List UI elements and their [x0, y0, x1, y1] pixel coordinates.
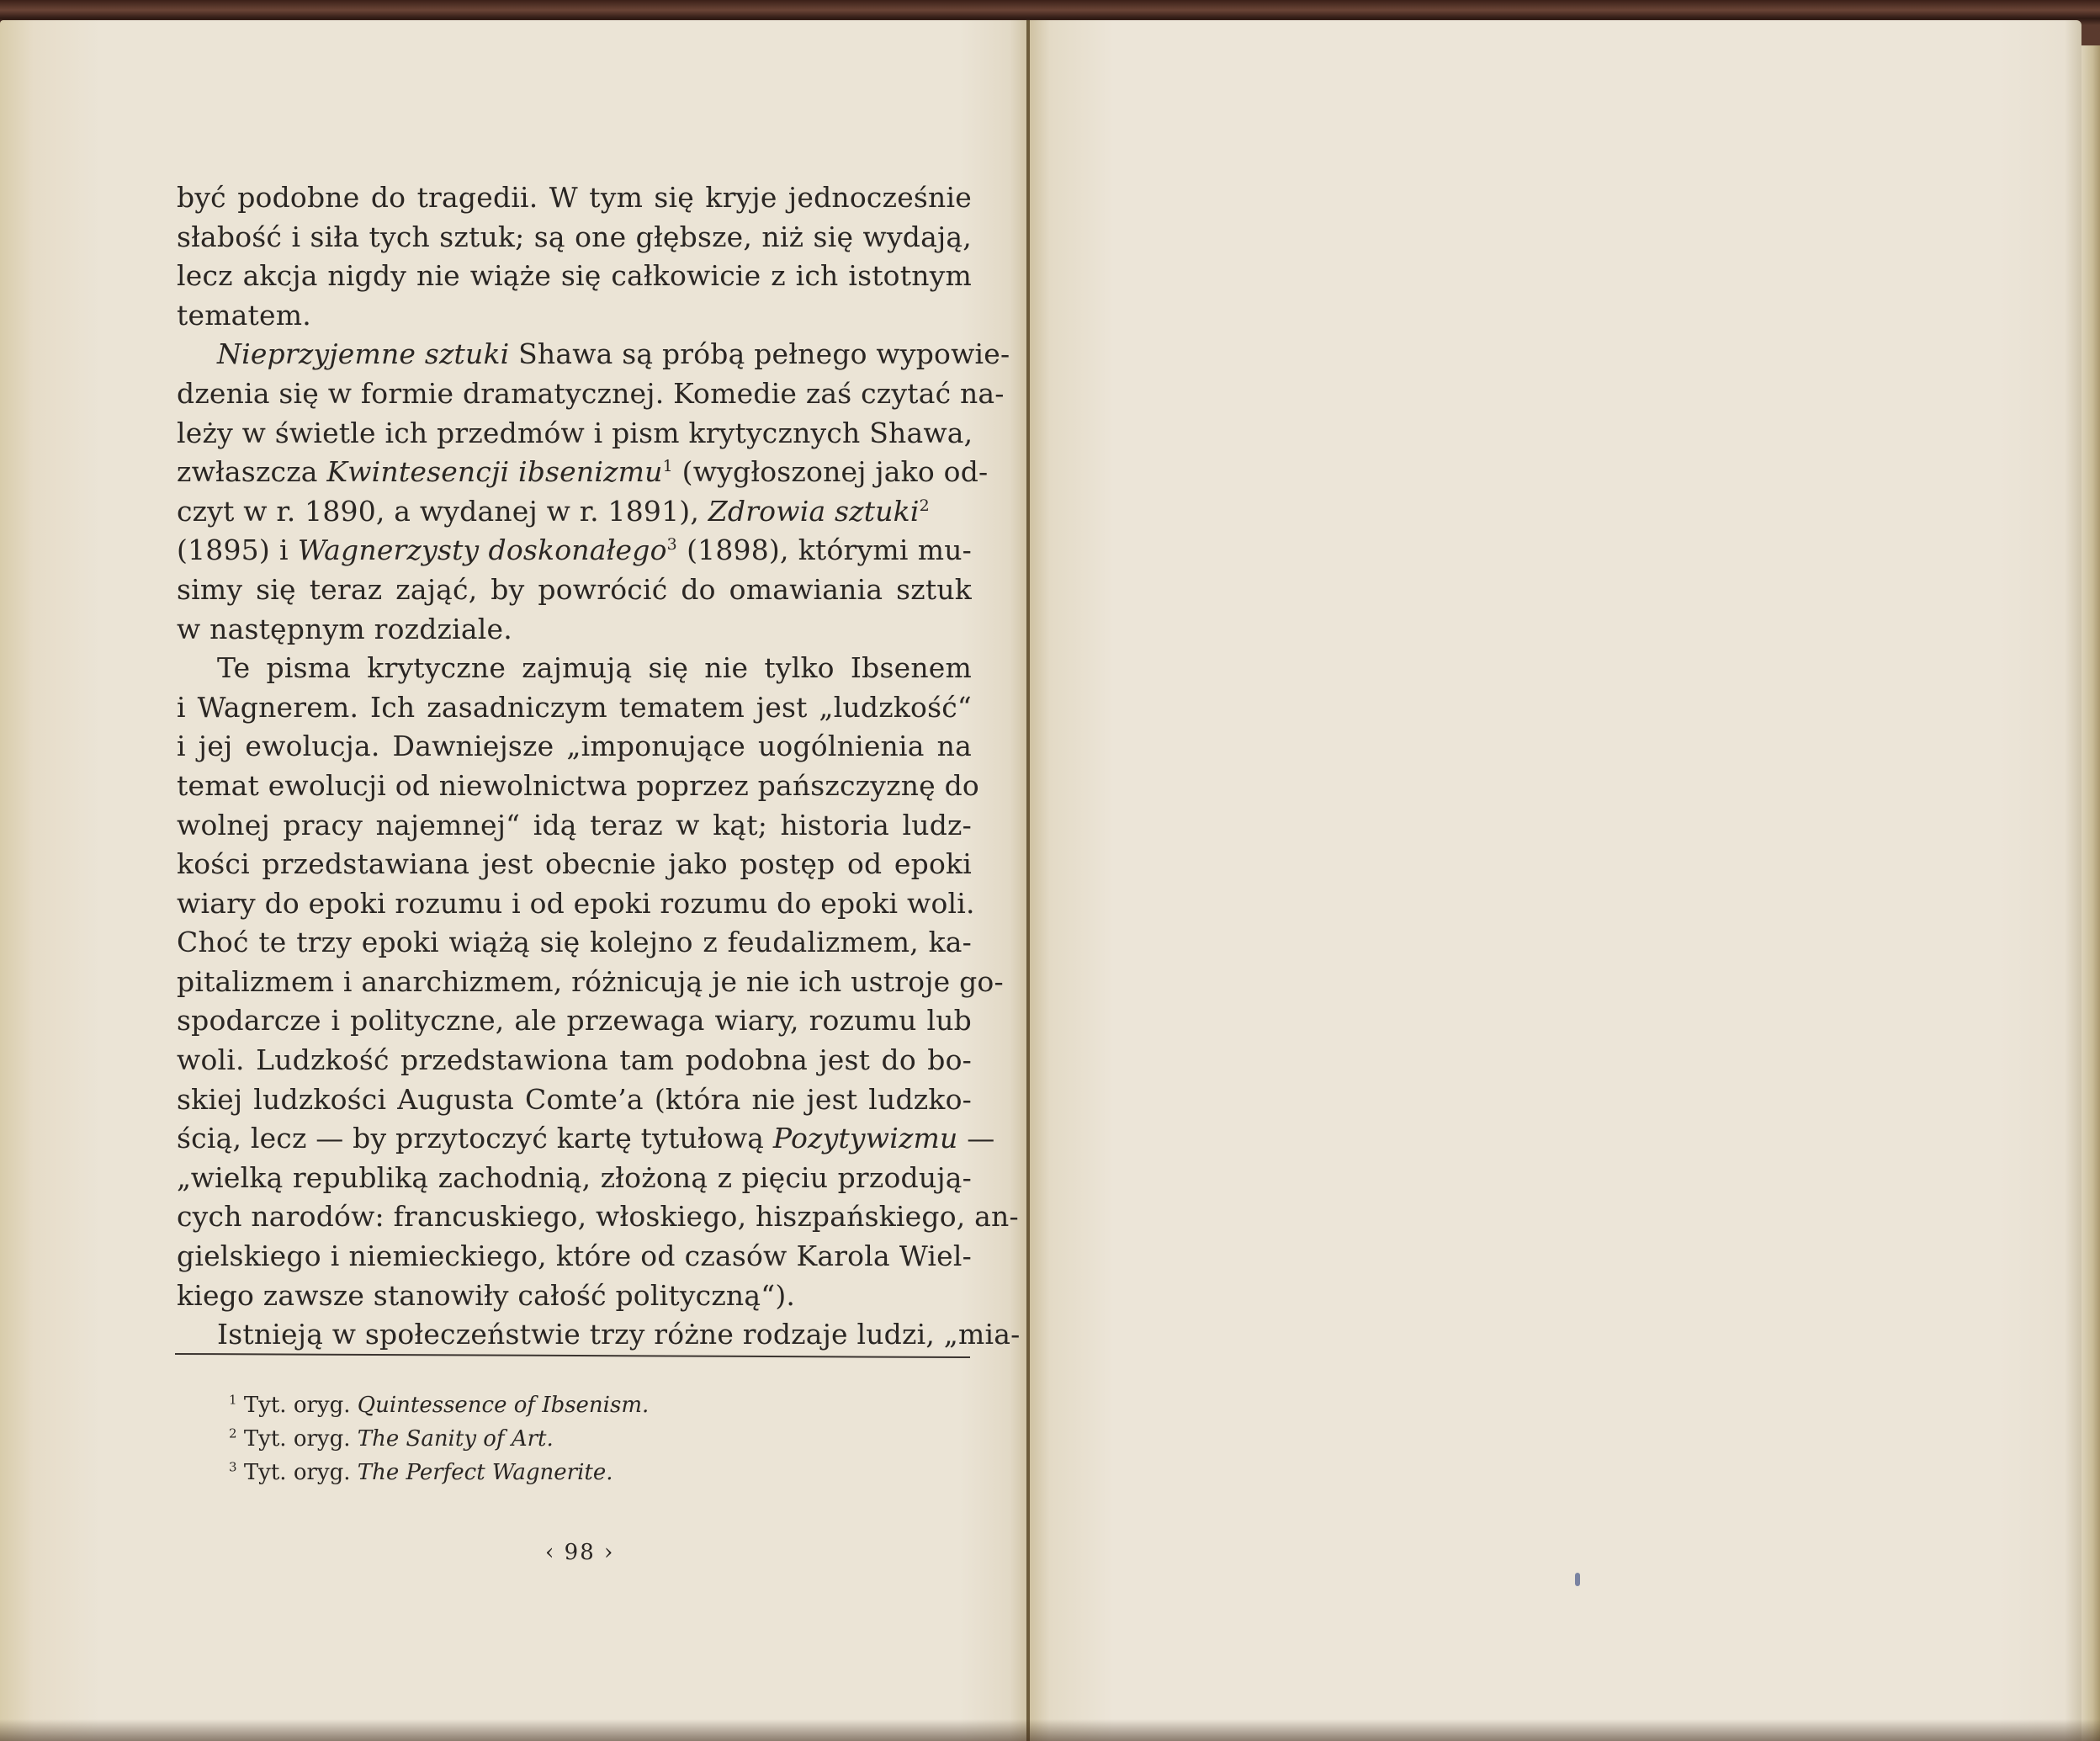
text-line: lecz akcja nigdy nie wiąże się całkowici…: [177, 257, 972, 296]
text-segment: cych narodów: francuskiego, włoskiego, h…: [177, 1200, 1019, 1233]
text-segment: w następnym rozdziale.: [177, 613, 512, 645]
footnote-original-title: The Perfect Wagnerite.: [358, 1460, 613, 1485]
italic-title: Pozytywizmu: [773, 1122, 958, 1154]
text-line: ścią, lecz — by przytoczyć kartę tytułow…: [177, 1119, 972, 1159]
left-page-footnotes: 1 Tyt. oryg. Quintessence of Ibsenism.2 …: [229, 1388, 649, 1489]
text-line: Nieprzyjemne sztuki Shawa są próbą pełne…: [177, 335, 972, 374]
text-line: tematem.: [177, 296, 972, 336]
text-segment: kiego zawsze stanowiły całość polityczną…: [177, 1279, 795, 1312]
page-number-left: ‹ 98 ›: [545, 1540, 614, 1565]
text-line: dzenia się w formie dramatycznej. Komedi…: [177, 374, 972, 414]
footnote-label: Tyt. oryg.: [244, 1393, 358, 1418]
left-page: być podobne do tragedii. W tym się kryje…: [0, 20, 1028, 1741]
text-line: i jej ewolucja. Dawniejsze „imponujące u…: [177, 727, 972, 767]
text-line: czyt w r. 1890, a wydanej w r. 1891), Zd…: [177, 492, 972, 532]
text-line: leży w świetle ich przedmów i pism kryty…: [177, 414, 972, 454]
footnote-reference[interactable]: 3: [667, 535, 677, 554]
text-segment: być podobne do tragedii. W tym się kryje…: [177, 181, 972, 214]
book-bottom-shadow: [0, 1719, 2100, 1741]
text-segment: Shawa są próbą pełnego wypowie-: [509, 337, 1010, 370]
text-line: Choć te trzy epoki wiążą się kolejno z f…: [177, 923, 972, 963]
text-line: simy się teraz zająć, by powrócić do oma…: [177, 571, 972, 610]
text-segment: (wygłoszonej jako od-: [673, 455, 988, 488]
text-segment: —: [958, 1122, 995, 1154]
text-line: gielskiego i niemieckiego, które od czas…: [177, 1237, 972, 1277]
text-segment: tematem.: [177, 299, 311, 332]
text-segment: Te pisma krytyczne zajmują się nie tylko…: [217, 651, 972, 684]
text-line: skiej ludzkości Augusta Comte’a (która n…: [177, 1080, 972, 1120]
footnote: 3 Tyt. oryg. The Perfect Wagnerite.: [229, 1456, 649, 1489]
text-line: zwłaszcza Kwintesencji ibsenizmu1 (wygło…: [177, 453, 972, 492]
left-page-body: być podobne do tragedii. W tym się kryje…: [177, 178, 972, 1355]
text-segment: zwłaszcza: [177, 455, 326, 488]
text-line: wolnej pracy najemnej“ idą teraz w kąt; …: [177, 806, 972, 846]
text-line: „wielką republiką zachodnią, złożoną z p…: [177, 1159, 972, 1198]
text-segment: simy się teraz zająć, by powrócić do oma…: [177, 573, 972, 606]
text-line: pitalizmem i anarchizmem, różnicują je n…: [177, 963, 972, 1002]
text-segment: (1898), którymi mu-: [677, 533, 972, 566]
ink-mark: [1575, 1573, 1580, 1586]
text-line: temat ewolucji od niewolnictwa poprzez p…: [177, 767, 972, 806]
text-line: i Wagnerem. Ich zasadniczym tematem jest…: [177, 688, 972, 728]
text-segment: czyt w r. 1890, a wydanej w r. 1891),: [177, 495, 708, 528]
text-segment: Istnieją w społeczeństwie trzy różne rod…: [217, 1318, 1020, 1351]
footnote-number: 3: [229, 1459, 237, 1474]
text-segment: lecz akcja nigdy nie wiąże się całkowici…: [177, 259, 972, 292]
text-segment: dzenia się w formie dramatycznej. Komedi…: [177, 377, 1005, 410]
text-line: wiary do epoki rozumu i od epoki rozumu …: [177, 884, 972, 924]
text-segment: i jej ewolucja. Dawniejsze „imponujące u…: [177, 730, 972, 762]
footnote-number: 2: [229, 1425, 237, 1441]
footnote-label: Tyt. oryg.: [244, 1426, 358, 1452]
italic-title: Zdrowia sztuki: [708, 495, 920, 528]
footnote-reference[interactable]: 2: [920, 496, 930, 515]
text-segment: gielskiego i niemieckiego, które od czas…: [177, 1239, 972, 1272]
text-line: Te pisma krytyczne zajmują się nie tylko…: [177, 649, 972, 688]
text-line: woli. Ludzkość przedstawiona tam podobna…: [177, 1041, 972, 1080]
footnote: 2 Tyt. oryg. The Sanity of Art.: [229, 1422, 649, 1456]
text-segment: Choć te trzy epoki wiążą się kolejno z f…: [177, 926, 972, 958]
text-segment: (1895) i: [177, 533, 298, 566]
text-segment: temat ewolucji od niewolnictwa poprzez p…: [177, 769, 979, 802]
text-line: kiego zawsze stanowiły całość polityczną…: [177, 1277, 972, 1316]
text-line: w następnym rozdziale.: [177, 610, 972, 650]
text-segment: woli. Ludzkość przedstawiona tam podobna…: [177, 1043, 972, 1076]
text-segment: pitalizmem i anarchizmem, różnicują je n…: [177, 965, 1004, 998]
italic-title: Kwintesencji ibsenizmu: [326, 455, 662, 488]
text-segment: spodarcze i polityczne, ale przewaga wia…: [177, 1004, 972, 1037]
text-segment: słabość i siła tych sztuk; są one głębsz…: [177, 220, 972, 253]
text-segment: skiej ludzkości Augusta Comte’a (która n…: [177, 1083, 972, 1116]
footnote-label: Tyt. oryg.: [244, 1460, 358, 1485]
text-segment: i Wagnerem. Ich zasadniczym tematem jest…: [177, 691, 972, 724]
footnote-reference[interactable]: 1: [663, 457, 673, 475]
text-segment: leży w świetle ich przedmów i pism kryty…: [177, 417, 973, 449]
text-segment: wolnej pracy najemnej“ idą teraz w kąt; …: [177, 809, 972, 841]
text-line: kości przedstawiana jest obecnie jako po…: [177, 845, 972, 884]
page-stack-edge: [2081, 45, 2100, 1741]
text-segment: „wielką republiką zachodnią, złożoną z p…: [177, 1161, 972, 1194]
text-line: cych narodów: francuskiego, włoskiego, h…: [177, 1197, 972, 1237]
footnote-original-title: Quintessence of Ibsenism.: [358, 1393, 650, 1418]
italic-title: Wagnerzysty doskonałego: [298, 533, 667, 566]
text-segment: kości przedstawiana jest obecnie jako po…: [177, 847, 972, 880]
text-line: Istnieją w społeczeństwie trzy różne rod…: [177, 1315, 972, 1355]
footnote-number: 1: [229, 1392, 237, 1407]
text-line: spodarcze i polityczne, ale przewaga wia…: [177, 1001, 972, 1041]
right-page: nowicie — ludzie rządzący się instynktem…: [1030, 20, 2081, 1741]
footnote-original-title: The Sanity of Art.: [358, 1426, 554, 1452]
text-line: być podobne do tragedii. W tym się kryje…: [177, 178, 972, 218]
text-segment: ścią, lecz — by przytoczyć kartę tytułow…: [177, 1122, 773, 1154]
footnote: 1 Tyt. oryg. Quintessence of Ibsenism.: [229, 1388, 649, 1422]
text-line: (1895) i Wagnerzysty doskonałego3 (1898)…: [177, 531, 972, 571]
open-book: być podobne do tragedii. W tym się kryje…: [0, 20, 2100, 1741]
text-segment: wiary do epoki rozumu i od epoki rozumu …: [177, 887, 975, 920]
text-line: słabość i siła tych sztuk; są one głębsz…: [177, 218, 972, 257]
italic-title: Nieprzyjemne sztuki: [217, 337, 509, 370]
